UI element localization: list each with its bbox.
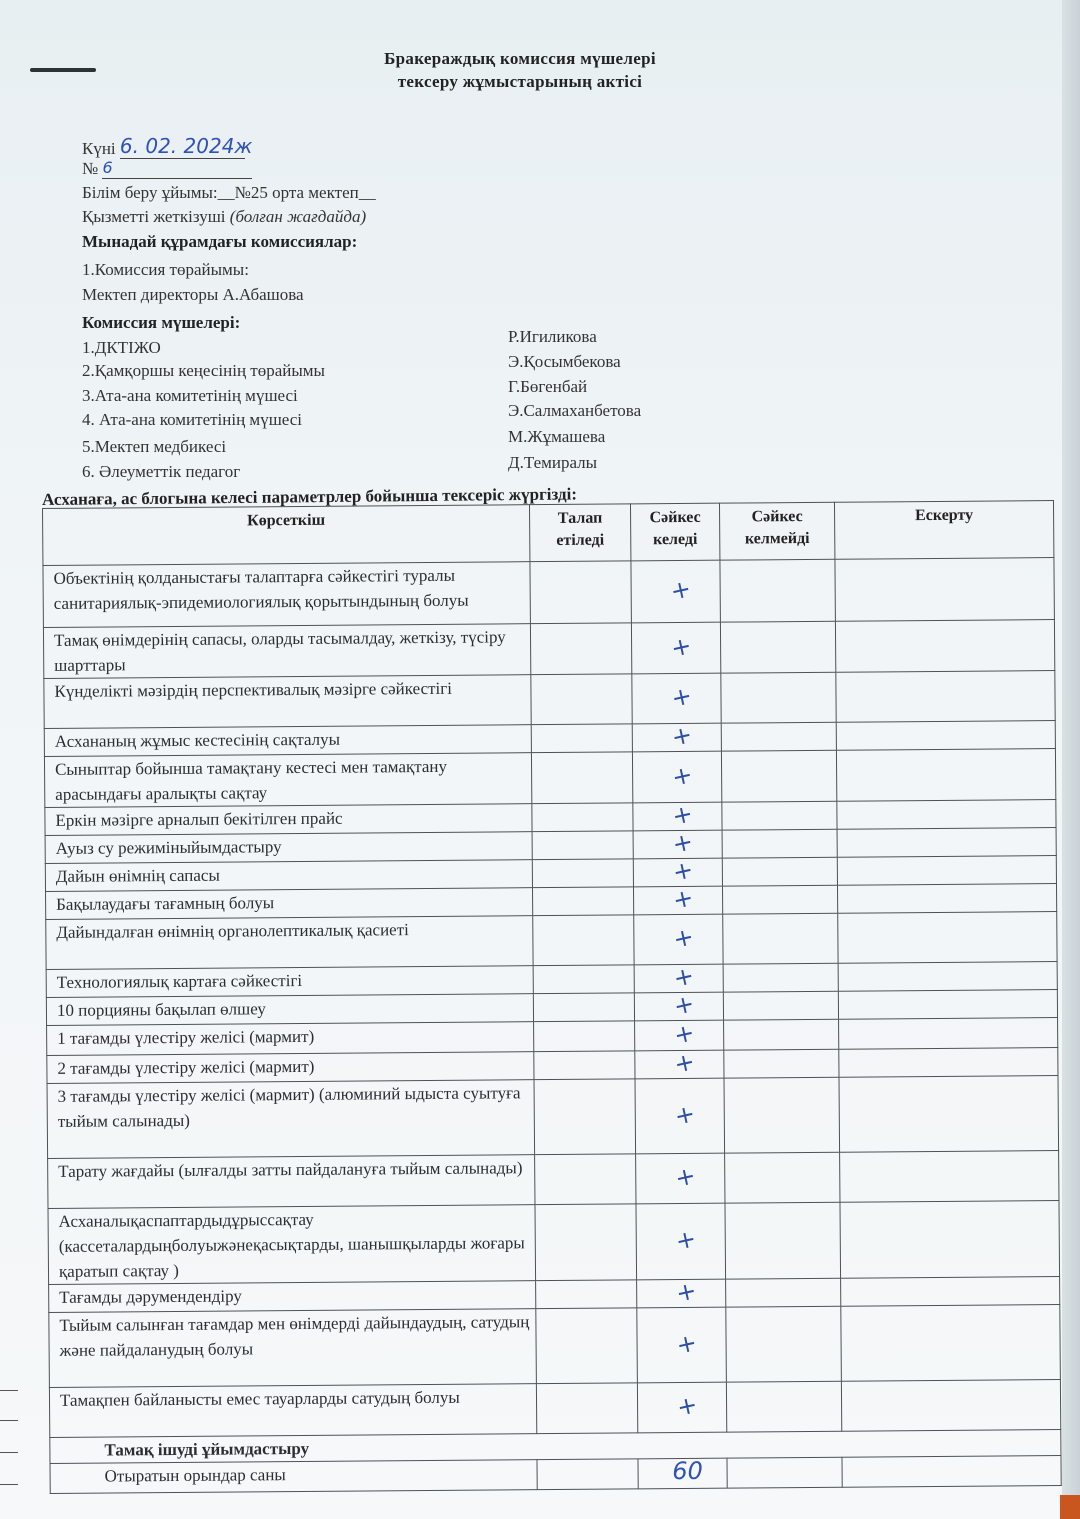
required-cell[interactable] [530,623,631,675]
note-cell[interactable] [841,1277,1060,1307]
provider-label: Қызметті жеткізуші [82,207,226,226]
member-name: Д.Темиралы [508,453,597,473]
commission-heading: Мынадай құрамдағы комиссиялар: [82,232,357,252]
noncompliant-cell[interactable] [726,1306,842,1382]
compliant-cell[interactable]: + [632,751,721,803]
required-cell[interactable] [531,752,632,804]
compliant-cell[interactable]: + [635,1050,724,1079]
handwritten-check-mark: + [670,762,695,790]
compliant-cell[interactable]: + [637,1279,726,1308]
required-cell[interactable] [536,1280,637,1309]
number-value: 6 [102,158,112,177]
compliant-cell[interactable]: + [636,1203,726,1280]
note-cell[interactable] [842,1456,1061,1488]
indicator-cell: Асханалықаспаптардыдұрыссақтау (кассетал… [48,1205,536,1285]
noncompliant-cell[interactable] [723,991,838,1020]
indicator-cell: Тарату жағдайы (ылғалды затты пайдалануғ… [48,1155,535,1209]
note-cell[interactable] [838,990,1057,1020]
indicator-cell: Отыратын орындар саны [50,1460,537,1494]
indicator-cell: Тыйым салынған тағамдар мен өнімдерді да… [49,1309,537,1388]
table-row: Сыныптар бойынша тамақтану кестесі мен т… [44,749,1055,808]
note-cell[interactable] [839,1076,1059,1153]
note-cell[interactable] [837,856,1056,886]
indicator-cell: Күнделікті мәзірдің перспективалық мәзір… [44,675,531,729]
member-role: 2.Қамқоршы кеңесінің төрайымы [82,361,325,381]
required-cell[interactable] [536,1308,638,1384]
handwritten-check-mark: + [672,1020,697,1048]
indicator-cell: Сыныптар бойынша тамақтану кестесі мен т… [44,753,531,808]
required-cell[interactable] [534,1079,636,1155]
indicator-cell: Ауыз су режиміныйымдастыру [45,832,532,864]
column-header-noncompliant: Сәйкес келмейді [719,502,834,560]
members-heading: Комиссия мүшелері: [82,313,240,333]
organization-value: __№25 орта мектеп__ [218,183,376,202]
margin-tick [0,1390,18,1391]
noncompliant-cell[interactable] [720,559,835,622]
indicator-cell: Тамақпен байланысты емес тауарларды сату… [49,1384,536,1438]
margin-tick [0,1452,18,1453]
handwritten-check-mark: + [671,924,696,952]
compliant-cell[interactable]: + [634,992,723,1021]
handwritten-check-mark: + [675,1392,700,1420]
note-cell[interactable] [836,671,1055,723]
member-role: 6. Әлеуметтік педагог [82,462,240,482]
indicator-cell: 2 тағамды үлестіру желісі (мармит) [47,1052,534,1084]
noncompliant-cell[interactable] [723,963,838,992]
required-cell[interactable] [533,915,634,966]
margin-tick [0,1420,18,1421]
date-line: Күні 6. 02. 2024ж [82,134,245,159]
noncompliant-cell[interactable] [721,722,836,751]
provider-note: (болған жағдайда) [230,207,366,226]
handwritten-check-mark: + [673,1226,698,1254]
handwritten-check-mark: + [673,1163,698,1191]
noncompliant-cell[interactable] [724,1049,839,1078]
required-cell[interactable] [533,965,634,994]
header-dash [30,68,96,72]
indicator-cell: Технологиялық картаға сәйкестігі [46,966,533,998]
date-field[interactable]: 6. 02. 2024ж [120,134,245,159]
note-cell[interactable] [838,912,1057,964]
note-cell[interactable] [835,620,1054,673]
table-row: Тарату жағдайы (ылғалды затты пайдалануғ… [48,1151,1059,1209]
number-line: № 6 [82,158,252,179]
noncompliant-cell[interactable] [726,1381,841,1432]
required-cell[interactable] [530,561,631,624]
indicator-cell: Бақылаудағы тағамның болуы [46,888,533,920]
required-cell[interactable] [535,1154,636,1205]
note-cell[interactable] [837,800,1056,830]
handwritten-check-mark: + [672,1101,697,1129]
compliant-cell[interactable]: + [637,1307,727,1383]
required-cell[interactable] [536,1383,637,1434]
required-cell[interactable] [533,993,634,1022]
table-row: Күнделікті мәзірдің перспективалық мәзір… [44,671,1055,729]
handwritten-check-mark: + [670,829,695,857]
member-role: 4. Ата-ана комитетінің мүшесі [82,410,302,430]
number-field[interactable]: 6 [102,158,252,179]
paper-edge [1062,0,1080,1519]
table-row: Тамақпен байланысты емес тауарларды сату… [49,1380,1060,1438]
column-header-note: Ескерту [834,501,1053,560]
member-name: Р.Игиликова [508,327,597,347]
handwritten-check-mark: + [669,683,694,711]
table-header-row: Көрсеткіш Талап етіледі Сәйкес келеді Сә… [43,501,1054,566]
compliant-cell[interactable]: + [631,560,720,623]
compliant-cell[interactable]: + [634,914,723,965]
member-name: Э.Салмаханбетова [508,401,641,421]
compliant-cell[interactable]: + [635,1078,725,1154]
member-role: 3.Ата-ана комитетінің мүшесі [82,386,298,406]
required-cell[interactable] [534,1021,635,1052]
noncompliant-cell[interactable] [724,1019,839,1050]
handwritten-check-mark: + [674,1278,699,1306]
required-cell[interactable] [531,674,632,725]
compliant-cell[interactable]: + [632,723,721,752]
handwritten-check-mark: + [669,722,694,750]
required-cell[interactable] [537,1459,638,1490]
note-cell[interactable] [835,558,1054,622]
indicator-cell: Тамақ өнімдерінің сапасы, оларды тасымал… [43,624,530,679]
seats-count-value: 60 [672,1457,703,1485]
member-role: 5.Мектеп медбикесі [82,437,226,457]
required-cell[interactable] [532,859,633,888]
note-cell[interactable] [836,749,1055,802]
column-header-indicator: Көрсеткіш [43,505,530,566]
table-row: Дайындалған өнімнің органолептикалық қас… [46,912,1057,970]
required-cell[interactable] [534,1051,635,1080]
note-cell[interactable] [840,1151,1059,1203]
compliant-cell[interactable]: + [633,858,722,887]
compliant-cell[interactable]: + [631,622,720,674]
handwritten-check-mark: + [672,991,697,1019]
noncompliant-cell[interactable] [727,1457,842,1488]
required-cell[interactable] [532,803,633,832]
handwritten-check-mark: + [671,885,696,913]
member-role: 1.ДКТІЖО [82,338,161,358]
note-cell[interactable] [836,721,1055,751]
noncompliant-cell[interactable] [722,801,837,830]
compliant-cell[interactable]: + [636,1153,725,1204]
column-header-required: Талап етіледі [529,504,630,562]
note-cell[interactable] [837,828,1056,858]
date-value: 6. 02. 2024ж [120,134,253,158]
handwritten-check-mark: + [670,801,695,829]
table-row: 3 тағамды үлестіру желісі (мармит) (алюм… [47,1076,1059,1159]
noncompliant-cell[interactable] [723,913,838,964]
note-cell[interactable] [840,1201,1060,1279]
compliant-cell[interactable]: + [637,1382,726,1433]
noncompliant-cell[interactable] [725,1202,841,1279]
noncompliant-cell[interactable] [726,1278,841,1307]
indicator-cell: 3 тағамды үлестіру желісі (мармит) (алюм… [47,1080,535,1159]
indicator-cell: 10 порцияны бақылап өлшеу [46,994,533,1026]
table-row: Объектінің қолданыстағы талаптарға сәйке… [43,558,1054,628]
organization-line: Білім беру ұйымы:__№25 орта мектеп__ [82,183,376,203]
compliant-cell[interactable]: + [634,964,723,993]
member-name: М.Жұмашева [508,427,605,447]
note-cell[interactable] [841,1305,1061,1382]
required-cell[interactable] [531,724,632,753]
document-title: Бракераждық комиссия мүшелері [300,49,740,69]
indicator-cell: Дайын өнімнің сапасы [45,860,532,892]
required-cell[interactable] [532,887,633,916]
noncompliant-cell[interactable] [722,885,837,914]
indicator-cell: Дайындалған өнімнің органолептикалық қас… [46,916,533,970]
noncompliant-cell[interactable] [721,672,836,723]
noncompliant-cell[interactable] [722,829,837,858]
number-label: № [82,159,98,178]
handwritten-check-mark: + [669,633,694,661]
handwritten-check-mark: + [670,857,695,885]
noncompliant-cell[interactable] [724,1077,840,1153]
compliant-cell[interactable]: + [635,1020,724,1051]
document-subtitle: тексеру жұмыстарының актісі [300,72,740,92]
member-name: Г.Бөгенбай [508,377,587,397]
background-corner [1060,1495,1080,1519]
compliant-cell[interactable]: + [633,802,722,831]
note-cell[interactable] [837,884,1056,914]
chair-value: Мектеп директоры А.Абашова [82,285,304,305]
compliant-cell[interactable]: + [632,673,721,724]
column-header-compliant: Сәйкес келеді [630,503,719,561]
table-row: Тыйым салынған тағамдар мен өнімдерді да… [49,1305,1061,1388]
required-cell[interactable] [532,831,633,860]
table-row: Асханалықаспаптардыдұрыссақтау (кассетал… [48,1201,1060,1285]
note-cell[interactable] [839,1018,1058,1050]
noncompliant-cell[interactable] [721,750,836,802]
indicator-cell: Тағамды дәрумендендіру [49,1281,536,1313]
compliant-cell[interactable]: + [633,830,722,859]
provider-line: Қызметті жеткізуші (болған жағдайда) [82,207,366,227]
indicator-cell: Еркін мәзірге арналып бекітілген прайс [45,804,532,836]
indicator-cell: Асхананың жұмыс кестесінің сақталуы [44,725,531,757]
noncompliant-cell[interactable] [725,1152,840,1203]
note-cell[interactable] [839,1048,1058,1078]
note-cell[interactable] [841,1380,1060,1432]
noncompliant-cell[interactable] [720,621,835,673]
handwritten-check-mark: + [668,576,693,604]
handwritten-check-mark: + [672,1049,697,1077]
date-label: Күні [82,139,116,158]
table-row: Тамақ өнімдерінің сапасы, оларды тасымал… [43,620,1054,679]
member-name: Э.Қосымбекова [508,352,621,372]
indicator-cell: Объектінің қолданыстағы талаптарға сәйке… [43,562,530,628]
inspection-table: Көрсеткіш Талап етіледі Сәйкес келеді Сә… [42,500,1062,1494]
handwritten-check-mark: + [674,1330,699,1358]
note-cell[interactable] [838,962,1057,992]
noncompliant-cell[interactable] [722,857,837,886]
margin-tick [0,1484,18,1485]
compliant-cell[interactable]: 60 [638,1458,727,1489]
indicator-cell: 1 тағамды үлестіру желісі (мармит) [47,1022,534,1056]
handwritten-check-mark: + [671,963,696,991]
chair-label: 1.Комиссия төрайымы: [82,260,249,280]
organization-label: Білім беру ұйымы: [82,183,218,202]
compliant-cell[interactable]: + [633,886,722,915]
required-cell[interactable] [535,1204,637,1281]
